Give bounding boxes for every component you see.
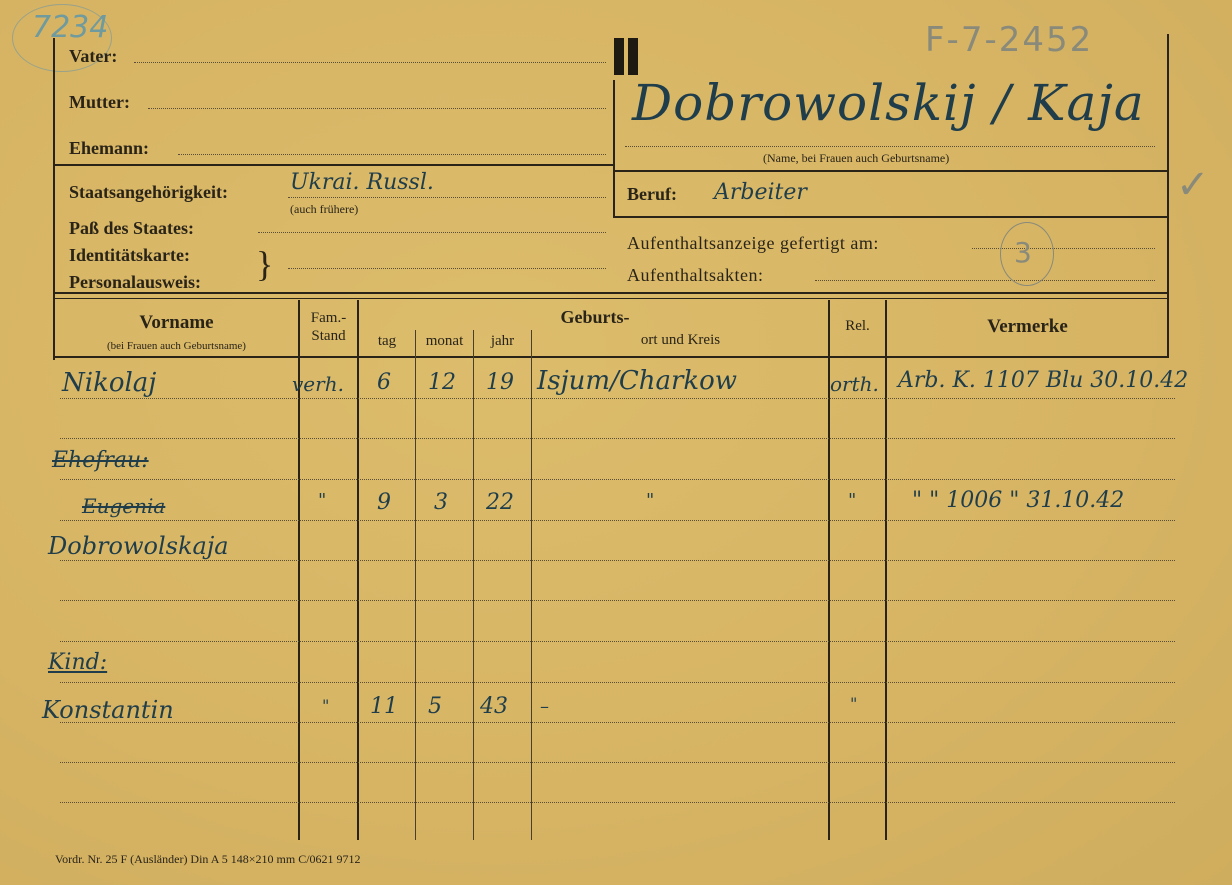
row2-tag: 9 bbox=[377, 490, 391, 515]
staatsangehoerigkeit-value: Ukrai. Russl. bbox=[290, 170, 434, 195]
header-rel: Rel. bbox=[830, 318, 885, 335]
name-box-left bbox=[613, 80, 615, 218]
row2-ort: " bbox=[646, 490, 654, 511]
row2-rel: " bbox=[848, 490, 856, 511]
aufenthaltsakten-field[interactable] bbox=[815, 280, 1155, 281]
brace-icon: } bbox=[256, 246, 273, 282]
row3-jahr: 43 bbox=[480, 694, 508, 719]
row-line bbox=[60, 438, 1175, 439]
vater-label: Vater: bbox=[69, 46, 117, 67]
row-line bbox=[60, 600, 1175, 601]
pass-label: Paß des Staates: bbox=[69, 218, 194, 239]
vater-field[interactable] bbox=[134, 62, 606, 63]
divider-beruf bbox=[614, 216, 1168, 218]
beruf-value: Arbeiter bbox=[714, 180, 807, 205]
row-line bbox=[60, 762, 1175, 763]
aufenthaltsanzeige-label: Aufenthaltsanzeige gefertigt am: bbox=[627, 233, 879, 254]
row3-ort: – bbox=[540, 696, 549, 717]
table-top-border bbox=[55, 292, 1168, 294]
row-line bbox=[60, 682, 1175, 683]
pass-field[interactable] bbox=[258, 232, 606, 233]
row1-stand: verh. bbox=[292, 372, 344, 396]
header-stand: Stand bbox=[300, 328, 357, 345]
header-vorname: Vorname bbox=[55, 312, 298, 334]
row1-vorname: Nikolaj bbox=[62, 368, 156, 398]
section-marker-icon-2 bbox=[628, 38, 638, 75]
row2-vermerke: " " 1006 " 31.10.42 bbox=[912, 488, 1124, 513]
row3-vorname-label: Kind: bbox=[48, 650, 107, 675]
row1-jahr: 19 bbox=[486, 370, 514, 395]
row3-rel: " bbox=[850, 694, 857, 713]
divider-top-left bbox=[55, 164, 615, 166]
row2-vorname-label: Ehefrau: bbox=[52, 448, 149, 473]
divider-name bbox=[614, 170, 1168, 172]
mutter-field[interactable] bbox=[148, 108, 606, 109]
row2-monat: 3 bbox=[434, 490, 448, 515]
row1-tag: 6 bbox=[377, 370, 391, 395]
col-divider-monat bbox=[473, 330, 474, 840]
name-caption: (Name, bei Frauen auch Geburtsname) bbox=[763, 151, 949, 166]
mutter-label: Mutter: bbox=[69, 92, 130, 113]
row1-monat: 12 bbox=[428, 370, 456, 395]
row2-vorname-2: Dobrowolskaja bbox=[48, 532, 229, 560]
row-line bbox=[60, 520, 1175, 521]
identity-field[interactable] bbox=[288, 268, 606, 269]
staatsangehoerigkeit-field[interactable] bbox=[288, 197, 606, 198]
header-geburts: Geburts- bbox=[530, 307, 660, 328]
frame-right bbox=[1167, 34, 1169, 358]
row-line bbox=[60, 560, 1175, 561]
row-line bbox=[60, 479, 1175, 480]
check-mark-icon: ✓ bbox=[1176, 162, 1210, 208]
table-header-bottom bbox=[55, 356, 1168, 358]
table-top-border-2 bbox=[55, 298, 1168, 299]
beruf-label: Beruf: bbox=[627, 184, 677, 205]
staatsangehoerigkeit-label: Staatsangehörigkeit: bbox=[69, 182, 228, 203]
archive-stamp-number: 7234 bbox=[32, 10, 108, 45]
aufenthaltsakten-label: Aufenthaltsakten: bbox=[627, 265, 763, 286]
section-marker-icon bbox=[614, 38, 624, 75]
row3-monat: 5 bbox=[428, 694, 442, 719]
row3-stand: " bbox=[322, 696, 329, 715]
circled-mark-number: 3 bbox=[1014, 236, 1032, 269]
row1-ort: Isjum/Charkow bbox=[537, 366, 737, 396]
row2-jahr: 22 bbox=[486, 490, 514, 515]
surname-field[interactable] bbox=[625, 146, 1155, 147]
row1-vermerke: Arb. K. 1107 Blu 30.10.42 bbox=[898, 368, 1188, 393]
row-line bbox=[60, 641, 1175, 642]
col-divider-rel bbox=[885, 300, 887, 840]
col-divider-tag bbox=[415, 330, 416, 840]
row2-vorname: Eugenia bbox=[82, 494, 165, 518]
identitaetskarte-label: Identitätskarte: bbox=[69, 245, 190, 266]
auch-fruehere-caption: (auch frühere) bbox=[290, 202, 358, 217]
row-line bbox=[60, 722, 1175, 723]
row1-rel: orth. bbox=[830, 372, 879, 396]
row-line bbox=[60, 802, 1175, 803]
ehemann-field[interactable] bbox=[178, 154, 606, 155]
form-footer: Vordr. Nr. 25 F (Ausländer) Din A 5 148×… bbox=[55, 852, 361, 867]
row3-tag: 11 bbox=[370, 694, 398, 719]
header-monat: monat bbox=[416, 333, 473, 350]
header-jahr: jahr bbox=[474, 333, 531, 350]
archive-code: F-7-2452 bbox=[925, 20, 1093, 60]
registration-card: 7234 F-7-2452 Vater: Mutter: Ehemann: St… bbox=[0, 0, 1232, 885]
header-vorname-sub: (bei Frauen auch Geburtsname) bbox=[55, 340, 298, 352]
col-divider-jahr bbox=[531, 330, 532, 840]
header-vermerke: Vermerke bbox=[887, 316, 1168, 338]
row3-vorname: Konstantin bbox=[42, 696, 174, 724]
header-tag: tag bbox=[359, 333, 415, 350]
row-line bbox=[60, 398, 1175, 399]
personalausweis-label: Personalausweis: bbox=[69, 272, 201, 293]
ehemann-label: Ehemann: bbox=[69, 138, 149, 159]
surname-value: Dobrowolskij / Kaja bbox=[632, 74, 1145, 132]
header-fam: Fam.- bbox=[300, 310, 357, 327]
row2-stand: " bbox=[318, 490, 326, 511]
col-divider-stand bbox=[357, 300, 359, 840]
header-ort: ort und Kreis bbox=[533, 332, 828, 349]
